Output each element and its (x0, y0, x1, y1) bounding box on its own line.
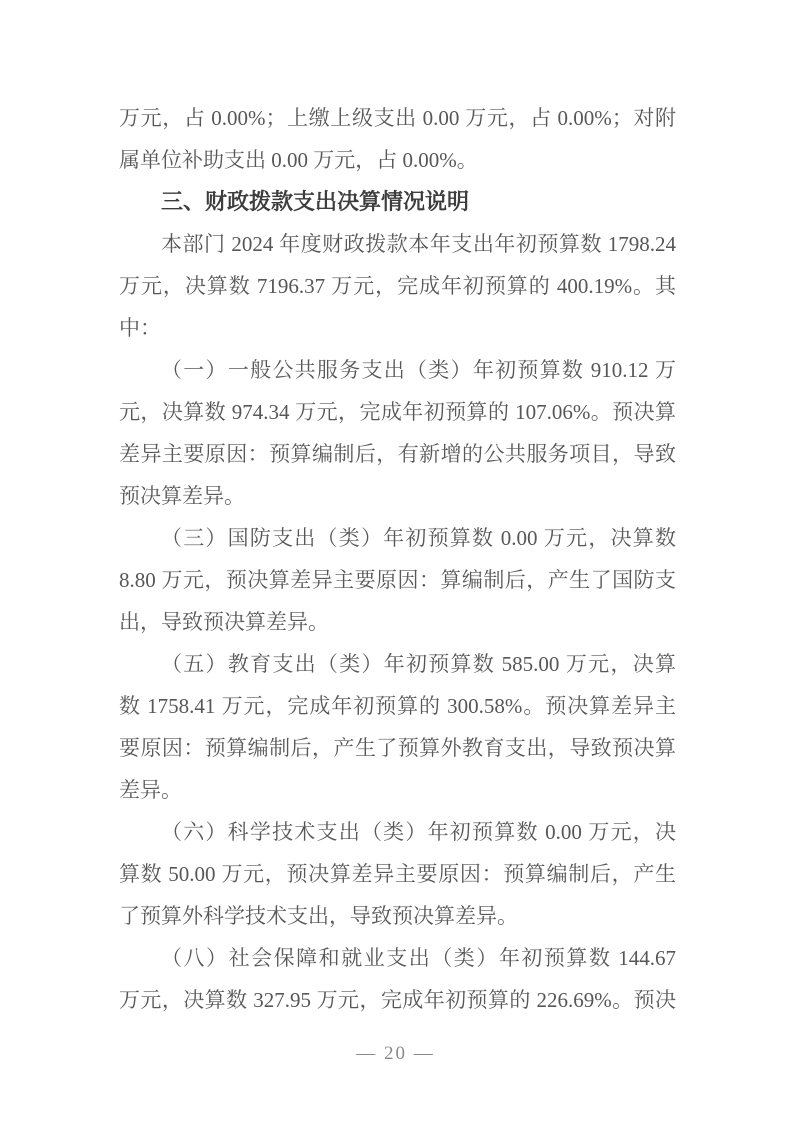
text-line: 8.80 万元，预决算差异主要原因：算编制后，产生了国防支 (119, 559, 676, 601)
text-line: 万元，决算数 7196.37 万元，完成年初预算的 400.19%。其 (119, 265, 676, 307)
text-line: 万元，占 0.00%；上缴上级支出 0.00 万元，占 0.00%；对附 (119, 97, 676, 139)
text-line: 出，导致预决算差异。 (119, 601, 676, 643)
text-line: 要原因：预算编制后，产生了预算外教育支出，导致预决算 (119, 727, 676, 769)
text-line: 属单位补助支出 0.00 万元，占 0.00%。 (119, 139, 676, 181)
document-page: 万元，占 0.00%；上缴上级支出 0.00 万元，占 0.00%；对附 属单位… (0, 0, 791, 1121)
text-line: 预决算差异。 (119, 475, 676, 517)
text-line: （六）科学技术支出（类）年初预算数 0.00 万元，决 (119, 811, 676, 853)
page-number-footer: — 20 — (0, 1043, 791, 1065)
text-line: 差异主要原因：预算编制后，有新增的公共服务项目，导致 (119, 433, 676, 475)
text-line: （三）国防支出（类）年初预算数 0.00 万元，决算数 (119, 517, 676, 559)
text-line: （一）一般公共服务支出（类）年初预算数 910.12 万 (119, 349, 676, 391)
section-heading: 三、财政拨款支出决算情况说明 (119, 181, 676, 223)
text-line: 了预算外科学技术支出，导致预决算差异。 (119, 895, 676, 937)
text-line: （五）教育支出（类）年初预算数 585.00 万元，决算 (119, 643, 676, 685)
text-line: 万元，决算数 327.95 万元，完成年初预算的 226.69%。预决 (119, 979, 676, 1021)
page-number: — 20 — (356, 1043, 435, 1064)
text-line: 元，决算数 974.34 万元，完成年初预算的 107.06%。预决算 (119, 391, 676, 433)
text-line: 本部门 2024 年度财政拨款本年支出年初预算数 1798.24 (119, 223, 676, 265)
text-line: 数 1758.41 万元，完成年初预算的 300.58%。预决算差异主 (119, 685, 676, 727)
text-line: 差异。 (119, 769, 676, 811)
document-body: 万元，占 0.00%；上缴上级支出 0.00 万元，占 0.00%；对附 属单位… (119, 97, 676, 1021)
text-line: 算数 50.00 万元，预决算差异主要原因：预算编制后，产生 (119, 853, 676, 895)
text-line: （八）社会保障和就业支出（类）年初预算数 144.67 (119, 937, 676, 979)
text-line: 中： (119, 307, 676, 349)
